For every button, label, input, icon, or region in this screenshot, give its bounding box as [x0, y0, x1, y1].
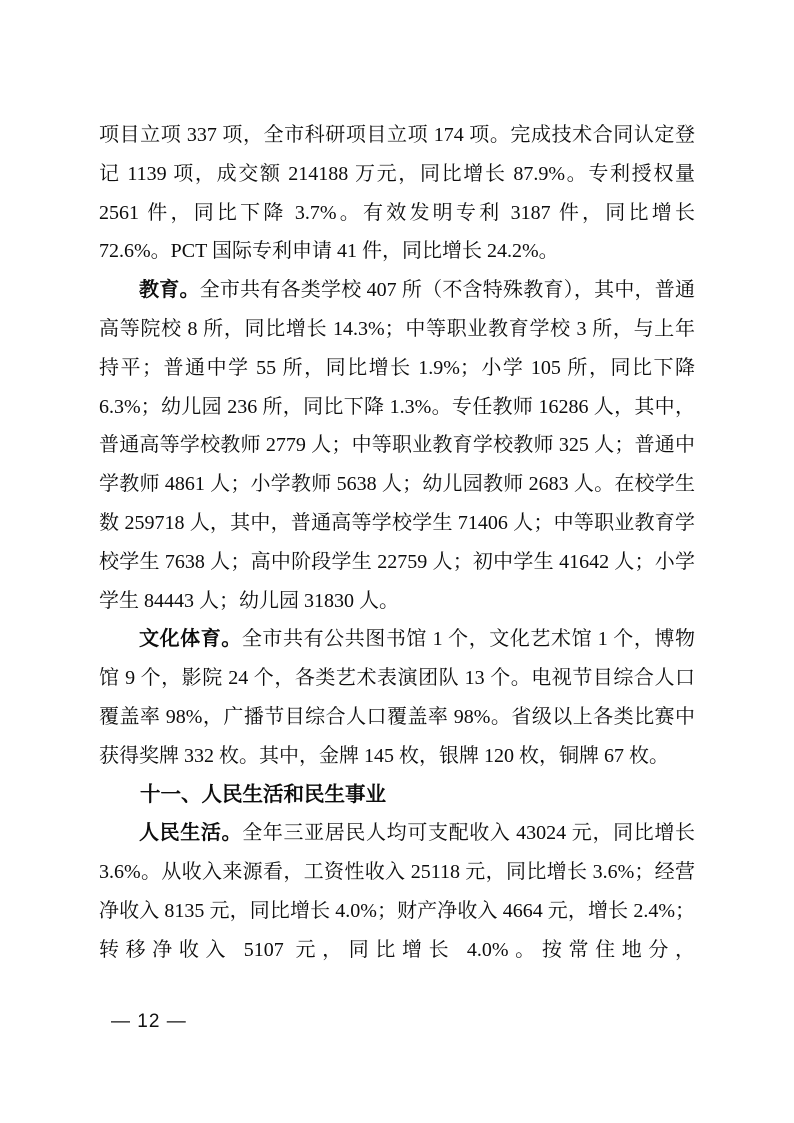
- paragraph-science-patents: 项目立项 337 项，全市科研项目立项 174 项。完成技术合同认定登记 113…: [99, 116, 695, 271]
- paragraph-people-livelihood: 人民生活。全年三亚居民人均可支配收入 43024 元，同比增长 3.6%。从收入…: [99, 814, 695, 969]
- document-page: 项目立项 337 项，全市科研项目立项 174 项。完成技术合同认定登记 113…: [0, 0, 794, 1123]
- paragraph-education: 教育。全市共有各类学校 407 所（不含特殊教育），其中，普通高等院校 8 所，…: [99, 271, 695, 620]
- paragraph-text: 项目立项 337 项，全市科研项目立项 174 项。完成技术合同认定登记 113…: [99, 124, 695, 262]
- section-heading-livelihood: 十一、人民生活和民生事业: [99, 776, 695, 815]
- document-body: 项目立项 337 项，全市科研项目立项 174 项。完成技术合同认定登记 113…: [99, 116, 695, 970]
- paragraph-lead-people-livelihood: 人民生活。: [139, 822, 242, 844]
- paragraph-culture-sports: 文化体育。全市共有公共图书馆 1 个，文化艺术馆 1 个，博物馆 9 个，影院 …: [99, 620, 695, 775]
- paragraph-text: 全市共有各类学校 407 所（不含特殊教育），其中，普通高等院校 8 所，同比增…: [99, 279, 695, 611]
- page-number: — 12 —: [111, 1011, 187, 1033]
- paragraph-lead-culture-sports: 文化体育。: [139, 628, 242, 650]
- paragraph-lead-education: 教育。: [139, 279, 200, 301]
